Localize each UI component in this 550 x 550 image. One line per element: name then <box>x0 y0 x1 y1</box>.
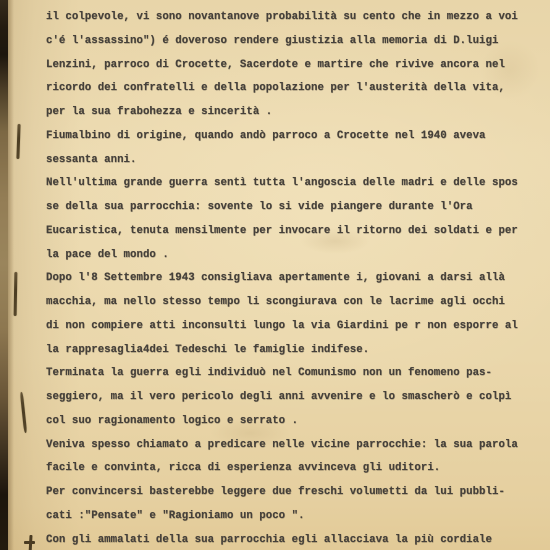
text-line: per la sua frabohezza e sincerità . <box>46 101 542 125</box>
text-line: seggiero, ma il vero pericolo degli anni… <box>46 386 542 410</box>
text-line: la pace del mondo . <box>46 244 542 268</box>
typewritten-text-block: il colpevole, vi sono novantanove probab… <box>46 6 542 550</box>
cross-horizontal-bar <box>24 541 35 544</box>
text-line: il colpevole, vi sono novantanove probab… <box>46 6 542 30</box>
margin-pen-stroke-icon <box>20 392 27 433</box>
text-line: Con gli ammalati della sua parrocchia eg… <box>46 529 542 550</box>
scan-edge-shadow <box>0 0 8 550</box>
margin-cross-mark-icon <box>24 535 36 550</box>
text-line: se della sua parrocchia: sovente lo si v… <box>46 196 542 220</box>
text-line: col suo ragionamento logico e serrato . <box>46 410 542 434</box>
text-line: ricordo dei confratelli e della popolazi… <box>46 77 542 101</box>
text-line: la rappresaglia4dei Tedeschi le famiglie… <box>46 339 542 363</box>
text-line: c'é l'assassino") é doveroso rendere giu… <box>46 30 542 54</box>
text-line: Dopo l'8 Settembre 1943 consigliava aper… <box>46 267 542 291</box>
scanned-document-page: il colpevole, vi sono novantanove probab… <box>0 0 550 550</box>
text-line: facile e convinta, ricca di esperienza a… <box>46 457 542 481</box>
text-line: Veniva spesso chiamato a predicare nelle… <box>46 434 542 458</box>
text-line: Terminata la guerra egli individuò nel C… <box>46 362 542 386</box>
text-line: cati :"Pensate" e "Ragioniamo un poco ". <box>46 505 542 529</box>
text-line: di non compiere atti inconsulti lungo la… <box>46 315 542 339</box>
margin-pen-stroke-icon <box>14 272 18 316</box>
text-line: Per convincersi basterebbe leggere due f… <box>46 481 542 505</box>
text-line: Nell'ultima grande guerra sentì tutta l'… <box>46 172 542 196</box>
text-line: sessanta anni. <box>46 149 542 173</box>
margin-pen-stroke-icon <box>16 124 20 159</box>
text-line: macchia, ma nello stesso tempo li scongi… <box>46 291 542 315</box>
text-line: Eucaristica, tenuta mensilmente per invo… <box>46 220 542 244</box>
text-line: Fiumalbino di origine, quando andò parro… <box>46 125 542 149</box>
scan-edge-soft-shadow <box>8 0 14 550</box>
text-line: Lenzini, parroco di Crocette, Sacerdote … <box>46 54 542 78</box>
